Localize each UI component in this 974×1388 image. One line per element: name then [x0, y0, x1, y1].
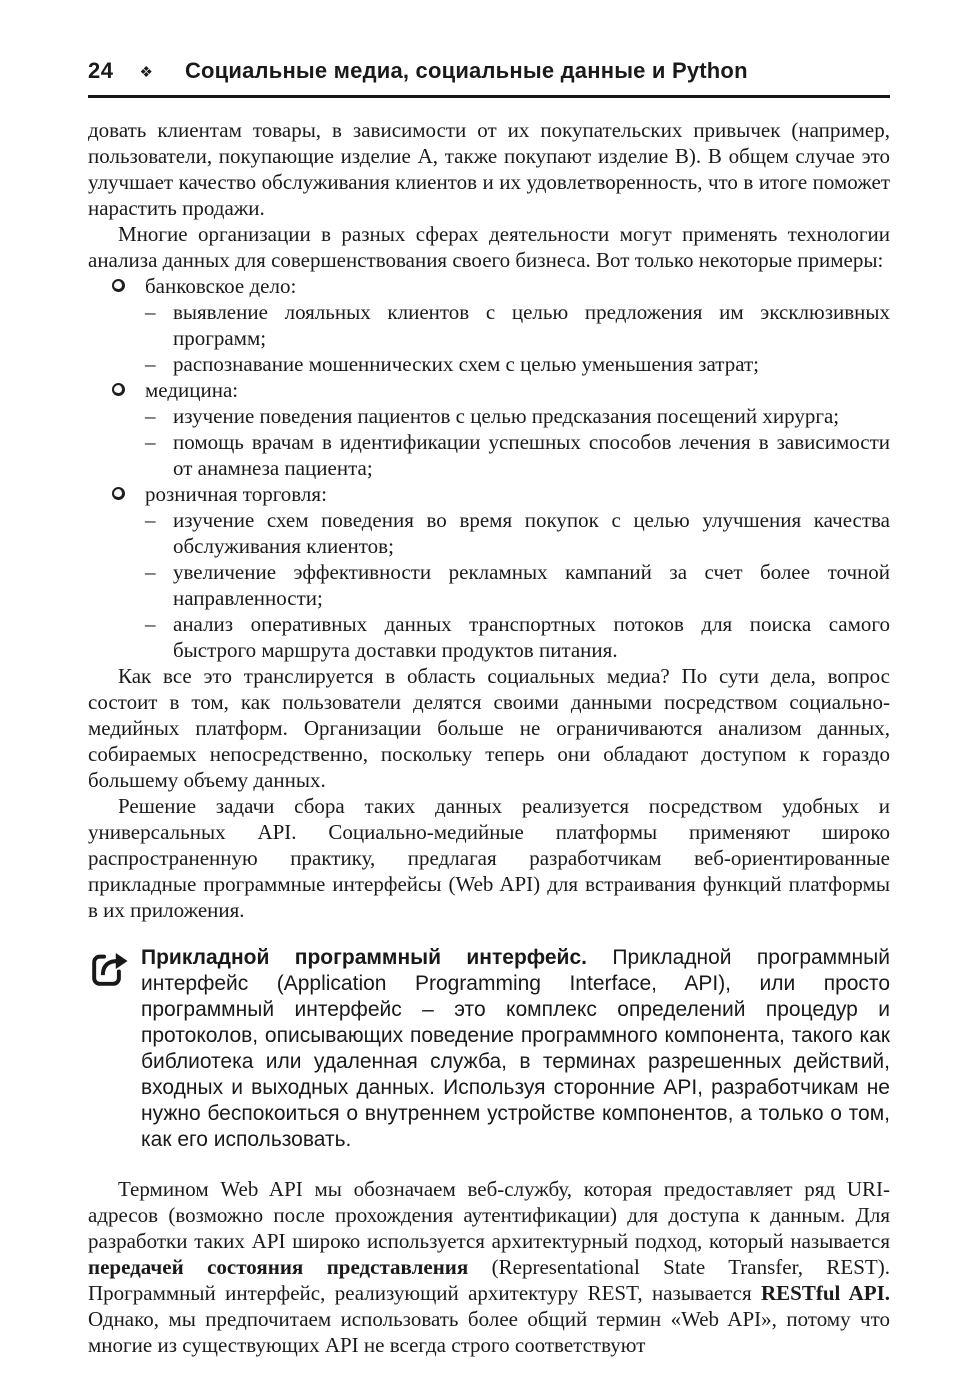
dash-bullet-icon: – [145, 429, 173, 481]
sub-list-item: – выявление лояльных клиентов с целью пр… [88, 299, 890, 351]
share-arrow-icon [88, 945, 141, 1153]
paragraph-organizations: Многие организации в разных сферах деяте… [88, 221, 890, 273]
book-page: 24 ❖ Социальные медиа, социальные данные… [0, 0, 974, 1388]
diamond-icon: ❖ [139, 63, 152, 81]
dash-bullet-icon: – [145, 559, 173, 611]
note-text: Прикладной программный интерфейс. Прикла… [141, 945, 890, 1153]
page-number: 24 [88, 58, 113, 84]
page-body: довать клиентам товары, в зависимости от… [88, 117, 890, 1358]
list-item-label: розничная торговля: [145, 481, 890, 507]
sub-list-item: – помощь врачам в идентификации успешных… [88, 429, 890, 481]
list-item-label: банковское дело: [145, 273, 890, 299]
bold-term-rest: передачей состояния представления [88, 1255, 468, 1279]
dash-bullet-icon: – [145, 403, 173, 429]
dash-bullet-icon: – [145, 351, 173, 377]
bold-term-restful: RESTful API. [761, 1281, 890, 1305]
industry-examples-list: банковское дело: – выявление лояльных кл… [88, 273, 890, 663]
dash-bullet-icon: – [145, 299, 173, 351]
api-definition-note: Прикладной программный интерфейс. Прикла… [88, 945, 890, 1153]
sub-list-item: – увеличение эффективности рекламных кам… [88, 559, 890, 611]
list-item-banking: банковское дело: – выявление лояльных кл… [88, 273, 890, 377]
list-item-label: медицина: [145, 377, 890, 403]
paragraph-continuation: довать клиентам товары, в зависимости от… [88, 117, 890, 221]
paragraph-web-api: Термином Web API мы обозначаем веб-служб… [88, 1176, 890, 1358]
paragraph-api-solution: Решение задачи сбора таких данных реализ… [88, 793, 890, 923]
circle-bullet-icon [112, 377, 145, 403]
sub-list-item: – изучение поведения пациентов с целью п… [88, 403, 890, 429]
circle-bullet-icon [112, 273, 145, 299]
list-item-medicine: медицина: – изучение поведения пациентов… [88, 377, 890, 481]
note-title: Прикладной программный интерфейс. [141, 946, 587, 969]
sub-list-item: – распознавание мошеннических схем с цел… [88, 351, 890, 377]
sub-list-item: – анализ оперативных данных транспортных… [88, 611, 890, 663]
sub-list-item: – изучение схем поведения во время покуп… [88, 507, 890, 559]
list-item-retail: розничная торговля: – изучение схем пове… [88, 481, 890, 663]
running-head: 24 ❖ Социальные медиа, социальные данные… [88, 58, 890, 98]
paragraph-social-media: Как все это транслируется в область соци… [88, 663, 890, 793]
dash-bullet-icon: – [145, 611, 173, 663]
chapter-title: Социальные медиа, социальные данные и Py… [185, 58, 748, 84]
dash-bullet-icon: – [145, 507, 173, 559]
circle-bullet-icon [112, 481, 145, 507]
